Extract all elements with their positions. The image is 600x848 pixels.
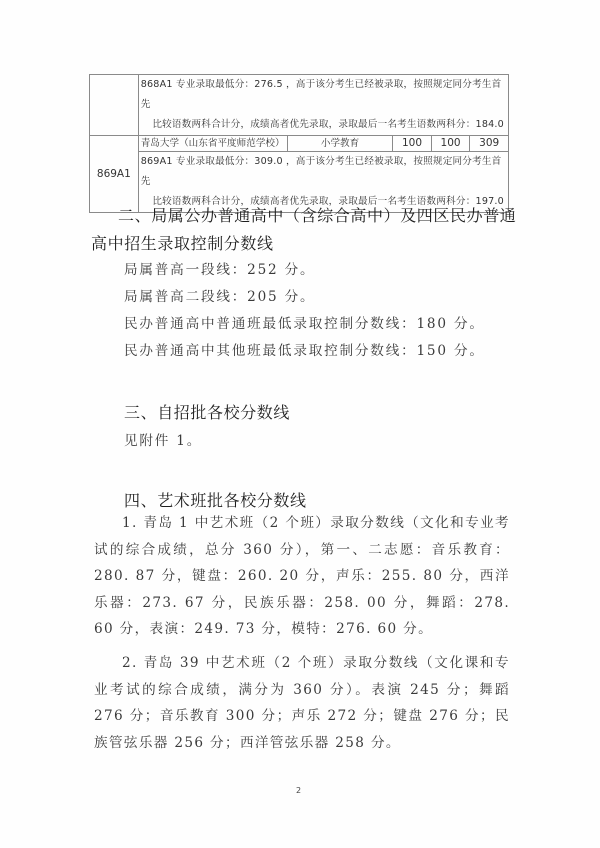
- note-line-1: 869A1 专业录取最低分：309.0 ，高于该分考生已经被录取，按照规定同分考…: [141, 156, 502, 187]
- section-4-heading: 四、艺术班批各校分数线: [124, 488, 307, 511]
- control-line-3: 民办普通高中普通班最低录取控制分数线：180 分。: [124, 311, 485, 337]
- plan-count-cell: 100: [393, 136, 432, 152]
- control-line-1: 局属普高一段线：252 分。: [124, 257, 315, 283]
- school-name-cell: 青岛大学（山东省平度师范学校）: [138, 136, 287, 152]
- control-line-4: 民办普通高中其他班最低录取控制分数线：150 分。: [124, 338, 485, 364]
- art-class-paragraph-2: 2. 青岛 39 中艺术班（2 个班）录取分数线（文化课和专业考试的综合成绩，满…: [94, 650, 510, 756]
- admission-note-cell: 868A1 专业录取最低分：276.5 ，高于该分考生已经被录取，按照规定同分考…: [138, 75, 508, 136]
- table-row: 868A1 专业录取最低分：276.5 ，高于该分考生已经被录取，按照规定同分考…: [90, 75, 509, 136]
- document-page: 868A1 专业录取最低分：276.5 ，高于该分考生已经被录取，按照规定同分考…: [0, 0, 600, 848]
- admitted-count-cell: 100: [431, 136, 470, 152]
- section-2-heading-line-2: 高中招生录取控制分数线: [91, 231, 274, 254]
- section-3-text: 见附件 1。: [124, 428, 202, 454]
- page-number: 2: [296, 786, 301, 795]
- min-score-cell: 309: [470, 136, 509, 152]
- major-code-cell: 869A1: [90, 136, 139, 213]
- table-row: 869A1 青岛大学（山东省平度师范学校） 小学教育 100 100 309: [90, 136, 509, 152]
- art-class-paragraph-1: 1. 青岛 1 中艺术班（2 个班）录取分数线（文化和专业考试的综合成绩，总分 …: [94, 510, 510, 643]
- note-line-1: 868A1 专业录取最低分：276.5 ，高于该分考生已经被录取，按照规定同分考…: [141, 79, 502, 110]
- admission-score-table: 868A1 专业录取最低分：276.5 ，高于该分考生已经被录取，按照规定同分考…: [89, 74, 509, 213]
- section-2-heading-line-1: 二、局属公办普通高中（含综合高中）及四区民办普通: [118, 203, 516, 226]
- note-line-2: 比较语数两科合计分，成绩高者优先录取，录取最后一名考生语数两科分：184.0: [141, 115, 506, 135]
- control-line-2: 局属普高二段线：205 分。: [124, 284, 315, 310]
- section-3-heading: 三、自招批各校分数线: [124, 400, 290, 423]
- major-name-cell: 小学教育: [287, 136, 392, 152]
- major-code-cell: [90, 75, 139, 136]
